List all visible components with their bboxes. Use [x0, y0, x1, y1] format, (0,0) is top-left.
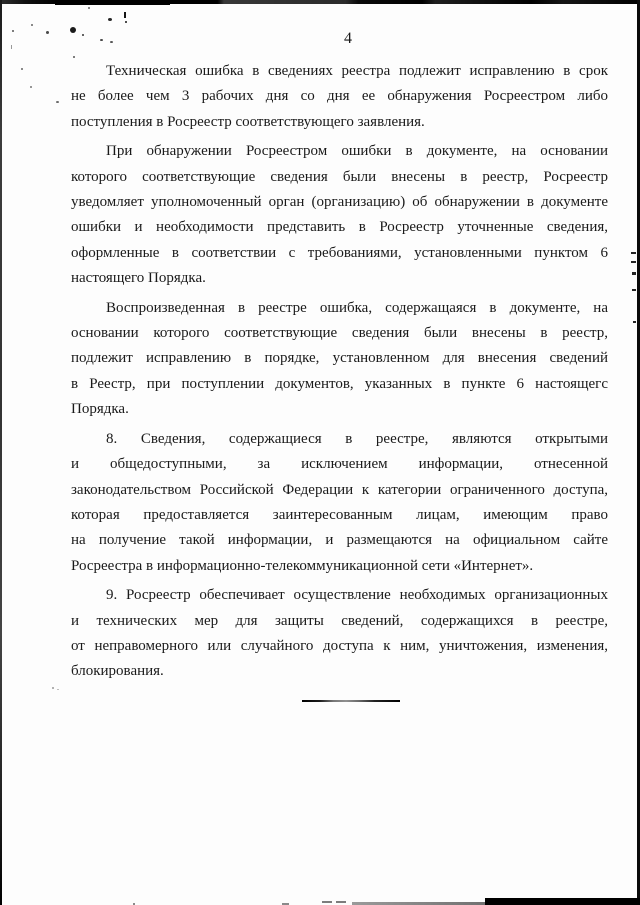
paragraph: 8. Сведения, содержащиеся в реестре, явл… — [71, 427, 608, 579]
ink-speck — [125, 21, 127, 23]
text-line: которая предоставляется заинтересованным… — [71, 503, 608, 528]
document-body: Техническая ошибка в сведениях реестра п… — [71, 59, 608, 689]
page-number: 4 — [76, 30, 621, 48]
text-line: поступления в Росреестр соответствующего… — [71, 110, 608, 135]
text-line: и технических мер для защиты сведений, с… — [71, 609, 608, 634]
paragraph: При обнаружении Росреестром ошибки в док… — [71, 139, 608, 291]
ink-speck — [12, 30, 14, 32]
scanned-document-page: 4 Техническая ошибка в сведениях реестра… — [0, 0, 640, 905]
ink-speck — [88, 7, 90, 9]
ink-speck — [56, 101, 59, 103]
text-line: ошибки и необходимости представить в Рос… — [71, 215, 608, 240]
text-line: в Реестр, при поступлении документов, ук… — [71, 372, 608, 397]
paragraph: Техническая ошибка в сведениях реестра п… — [71, 59, 608, 135]
scan-edge-tick — [631, 261, 636, 263]
scan-edge-top-dark-segment — [55, 0, 170, 5]
text-line: основании которого соответствующие сведе… — [71, 321, 608, 346]
text-line: Воспроизведенная в реестре ошибка, содер… — [71, 296, 608, 321]
text-line: 9. Росреестр обеспечивает осуществление … — [71, 583, 608, 608]
scan-bottom-dash — [322, 901, 332, 903]
scan-bottom-dash — [336, 901, 346, 903]
text-line: настоящего Порядка. — [71, 266, 608, 291]
ink-mark — [124, 12, 126, 18]
ink-speck — [31, 24, 33, 26]
text-line: При обнаружении Росреестром ошибки в док… — [71, 139, 608, 164]
end-separator-line — [302, 700, 400, 702]
text-line: которого соответствующие сведения были в… — [71, 165, 608, 190]
text-line: блокирования. — [71, 659, 608, 684]
text-line: подлежит исправлению в порядке, установл… — [71, 346, 608, 371]
text-line: и общедоступными, за исключением информа… — [71, 452, 608, 477]
text-line: Росреестра в информационно-телекоммуника… — [71, 554, 608, 579]
ink-speck — [21, 68, 23, 70]
text-line: 8. Сведения, содержащиеся в реестре, явл… — [71, 427, 608, 452]
ink-speck — [46, 31, 49, 34]
ink-speck — [57, 689, 59, 690]
text-line: Порядка. — [71, 397, 608, 422]
ink-speck — [108, 18, 112, 21]
text-line: не более чем 3 рабочих дня со дня ее обн… — [71, 84, 608, 109]
text-line: Техническая ошибка в сведениях реестра п… — [71, 59, 608, 84]
scan-edge-left — [0, 0, 2, 905]
paragraph: Воспроизведенная в реестре ошибка, содер… — [71, 296, 608, 423]
scan-edge-tick — [632, 289, 636, 291]
ink-speck — [30, 86, 32, 88]
text-line: на получение такой информации, и размеща… — [71, 528, 608, 553]
ink-mark — [11, 45, 12, 49]
text-line: уведомляет уполномоченный орган (организ… — [71, 190, 608, 215]
text-line: от неправомерного или случайного доступа… — [71, 634, 608, 659]
text-line: оформленные в соответствии с требованиям… — [71, 241, 608, 266]
paragraph: 9. Росреестр обеспечивает осуществление … — [71, 583, 608, 685]
scan-edge-tick — [633, 321, 636, 323]
scan-edge-tick — [631, 252, 636, 254]
ink-speck — [73, 56, 75, 58]
ink-speck — [52, 687, 54, 689]
text-line: законодательством Российской Федерации к… — [71, 478, 608, 503]
scan-edge-tick — [632, 272, 636, 275]
scan-edge-bottom-black — [485, 898, 640, 905]
